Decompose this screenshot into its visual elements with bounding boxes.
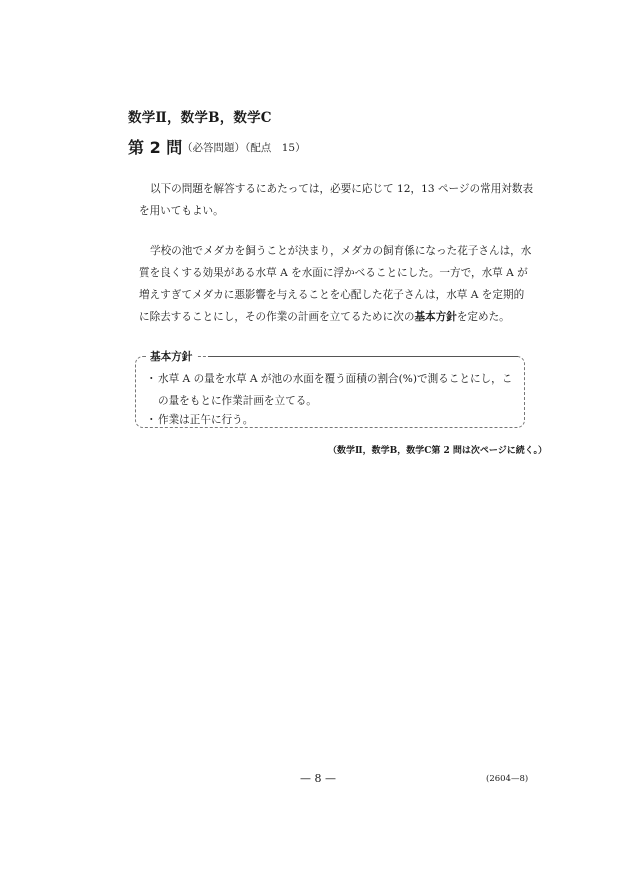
policy-item: ・水草 A の量を水草 A が池の水面を覆う面積の割合(%)で測ることにし，こ [146, 371, 512, 386]
subject-header: 数学Ⅱ，数学B，数学C [128, 106, 272, 126]
page-number: — 8 — [300, 772, 336, 785]
paragraph-line: 以下の問題を解答するにあたっては，必要に応じて 12，13 ページの常用対数表 [139, 178, 531, 200]
bullet-icon: ・ [146, 371, 158, 386]
instruction-paragraph: 以下の問題を解答するにあたっては，必要に応じて 12，13 ページの常用対数表 … [139, 178, 531, 222]
keyword-basic-policy: 基本方針 [414, 311, 456, 323]
page-code: (2604—8) [486, 774, 528, 784]
bullet-icon: ・ [146, 412, 158, 427]
question-meta: （必答問題）（配点 15） [182, 140, 306, 155]
paragraph-line-last: に除去することにし，その作業の計画を立てるために次の基本方針を定めた。 [139, 306, 531, 328]
paragraph-tail: を定めた。 [457, 311, 510, 323]
paragraph-line: 学校の池でメダカを飼うことが決まり，メダカの飼育係になった花子さんは，水 [139, 240, 531, 262]
question-title: 第 2 問 [128, 135, 182, 158]
paragraph-line: 増えすぎてメダカに悪影響を与えることを心配した花子さんは，水草 A を定期的 [139, 284, 531, 306]
paragraph-line: 質を良くする効果がある水草 A を水面に浮かべることにした。一方で，水草 A が [139, 262, 531, 284]
problem-paragraph: 学校の池でメダカを飼うことが決まり，メダカの飼育係になった花子さんは，水 質を良… [139, 240, 531, 328]
paragraph-line: を用いてもよい。 [139, 200, 531, 222]
policy-item-continuation: の量をもとに作業計画を立てる。 [158, 393, 317, 408]
basic-policy-label: 基本方針 [146, 349, 196, 364]
policy-item-text: 作業は正午に行う。 [158, 414, 253, 426]
policy-item-text: 水草 A の量を水草 A が池の水面を覆う面積の割合(%)で測ることにし，こ [158, 373, 512, 385]
paragraph-text: に除去することにし，その作業の計画を立てるために次の [139, 311, 414, 323]
box-top-rule [208, 356, 518, 357]
policy-item: ・作業は正午に行う。 [146, 412, 253, 427]
continued-note: （数学Ⅱ，数学B，数学C第 2 問は次ページに続く。） [328, 443, 547, 456]
